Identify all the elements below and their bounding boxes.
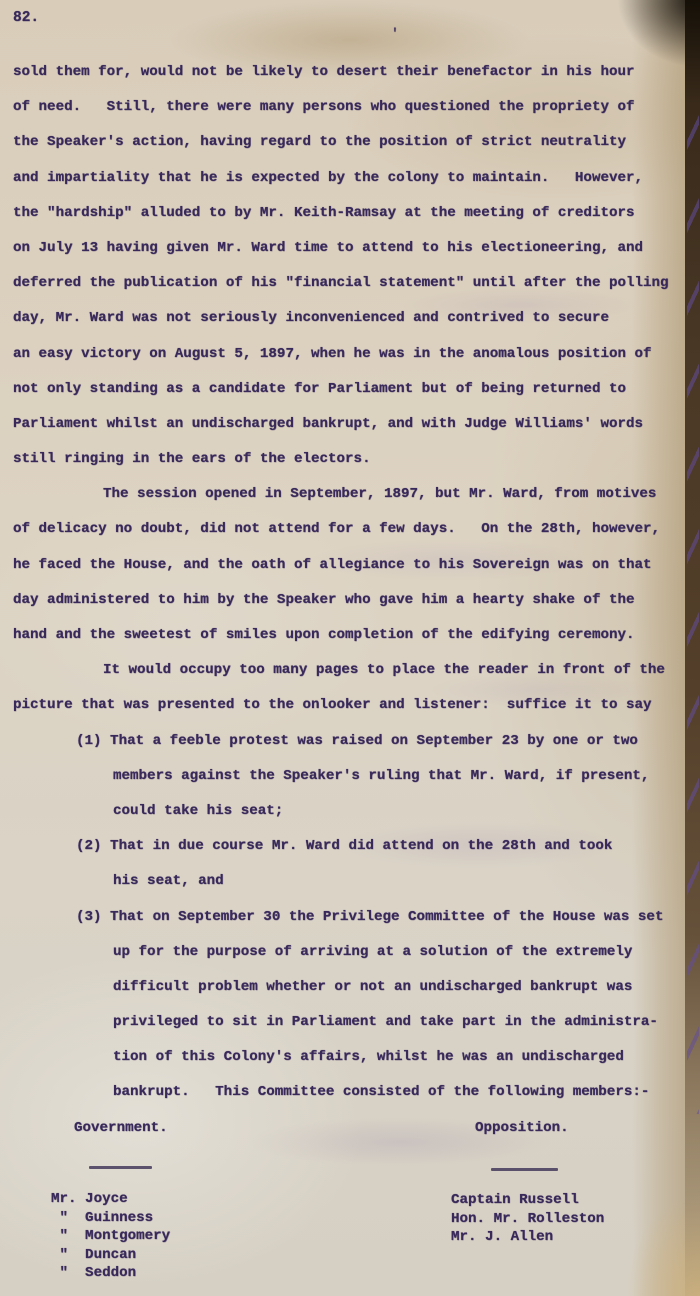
text-line: of delicacy no doubt, did not attend for… [13,512,685,547]
text-line: day, Mr. Ward was not seriously inconven… [13,301,685,336]
text-line: deferred the publication of his "financi… [13,266,685,301]
committee-headers-row: Government. Opposition. [13,1111,685,1146]
government-members-list: Mr. Joyce " Guinness " Montgomery " Dunc… [51,1190,170,1283]
text-line: he faced the House, and the oath of alle… [13,548,685,583]
text-line: an easy victory on August 5, 1897, when … [13,337,685,372]
opposition-underline [491,1168,558,1171]
text-line: on July 13 having given Mr. Ward time to… [13,231,685,266]
list-item-1-line: (1) That a feeble protest was raised on … [13,724,685,759]
text-line: picture that was presented to the onlook… [13,688,685,723]
list-item-continuation: his seat, and [13,864,685,899]
text-line: sold them for, would not be likely to de… [13,55,685,90]
text-line: still ringing in the ears of the elector… [13,442,685,477]
member-name: Hon. Mr. Rolleston [451,1210,604,1229]
government-underline [89,1166,152,1169]
paragraph-start-line: The session opened in September, 1897, b… [13,477,685,512]
stray-ink-mark: ' [391,26,399,41]
list-item-continuation: up for the purpose of arriving at a solu… [13,935,685,970]
text-line: Parliament whilst an undischarged bankru… [13,407,685,442]
opposition-heading: Opposition. [475,1111,569,1146]
member-name: " Guinness [51,1209,170,1228]
member-name: Mr. Joyce [51,1190,170,1209]
government-heading: Government. [74,1111,168,1146]
list-item-continuation: tion of this Colony's affairs, whilst he… [13,1040,685,1075]
document-page: 82. ' sold them for, would not be likely… [0,0,700,1296]
member-name: Captain Russell [451,1191,604,1210]
opposition-members-list: Captain Russell Hon. Mr. Rolleston Mr. J… [451,1191,604,1247]
text-line: the "hardship" alluded to by Mr. Keith-R… [13,196,685,231]
list-item-continuation: could take his seat; [13,794,685,829]
list-item-continuation: privileged to sit in Parliament and take… [13,1005,685,1040]
paragraph-start-line: It would occupy too many pages to place … [13,653,685,688]
text-line: day administered to him by the Speaker w… [13,583,685,618]
text-line: and impartiality that he is expected by … [13,161,685,196]
member-name: " Duncan [51,1246,170,1265]
text-line: the Speaker's action, having regard to t… [13,125,685,160]
list-item-2-line: (2) That in due course Mr. Ward did atte… [13,829,685,864]
text-line: not only standing as a candidate for Par… [13,372,685,407]
text-line: of need. Still, there were many persons … [13,90,685,125]
list-item-continuation: difficult problem whether or not an undi… [13,970,685,1005]
member-name: " Montgomery [51,1227,170,1246]
list-item-continuation: members against the Speaker's ruling tha… [13,759,685,794]
typewritten-body: sold them for, would not be likely to de… [13,55,685,1146]
member-name: Mr. J. Allen [451,1228,604,1247]
member-name: " Seddon [51,1264,170,1283]
page-edge-ink-marks [687,84,699,1114]
list-item-3-line: (3) That on September 30 the Privilege C… [13,900,685,935]
list-item-continuation: bankrupt. This Committee consisted of th… [13,1075,685,1110]
text-line: hand and the sweetest of smiles upon com… [13,618,685,653]
page-number: 82. [13,10,39,26]
